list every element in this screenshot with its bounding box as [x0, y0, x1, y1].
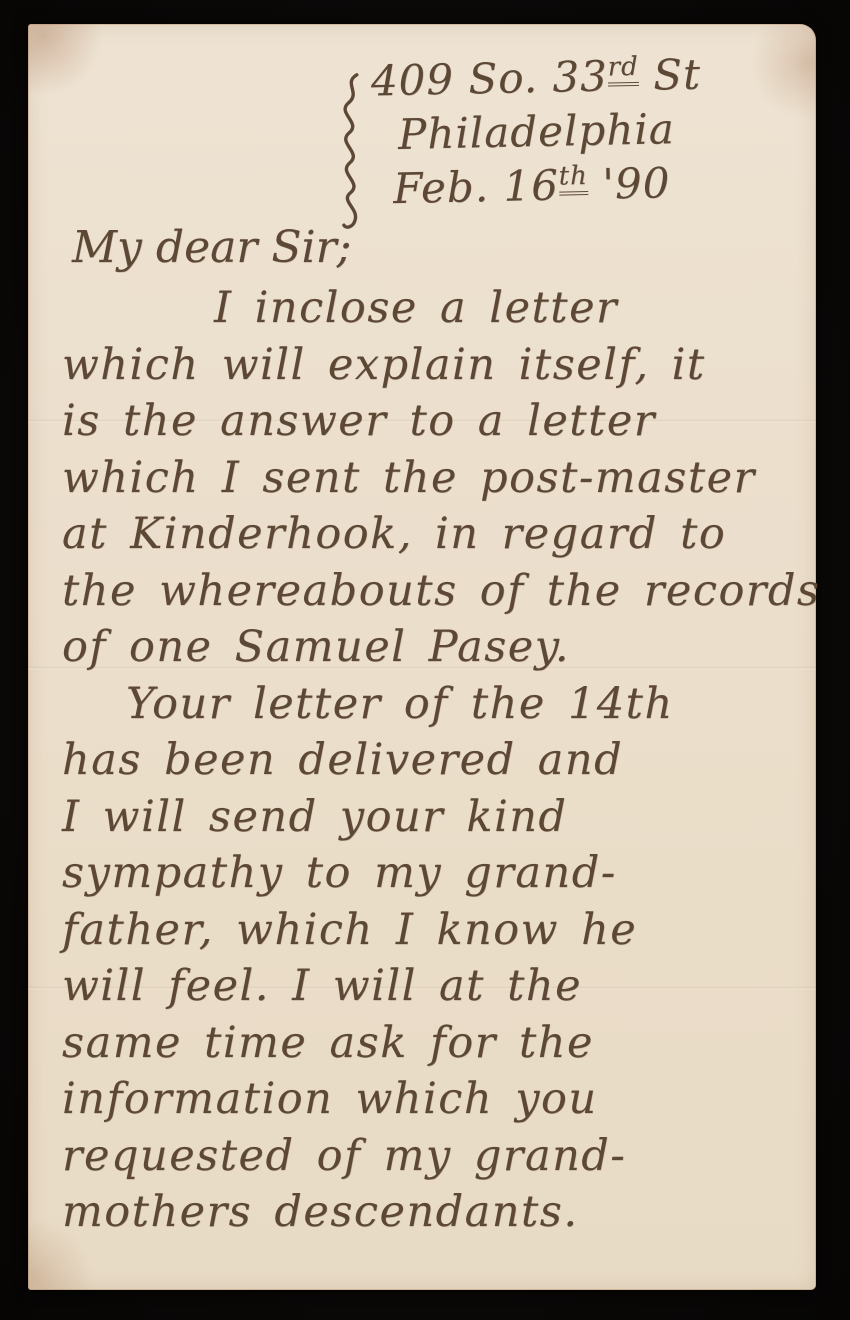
letter-line: at Kinderhook, in regard to: [62, 506, 812, 563]
date-ordinal-suffix: th: [558, 161, 588, 196]
address-line: 409 So. 33rd St: [370, 46, 801, 109]
address-text: 409 So. 33: [370, 52, 608, 106]
letter-line: requested of my grand-: [62, 1128, 812, 1185]
letter-line: I inclose a letter: [62, 280, 812, 337]
letter-line: is the answer to a letter: [62, 393, 812, 450]
letter-line: I will send your kind: [62, 789, 812, 846]
letter-body: I inclose a letter which will explain it…: [62, 280, 812, 1241]
letter-line: of one Samuel Pasey.: [62, 619, 812, 676]
letter-line: has been delivered and: [62, 732, 812, 789]
letter-line: Your letter of the 14th: [62, 676, 812, 733]
address-street-abbrev: St: [638, 50, 701, 100]
letter-line: information which you: [62, 1071, 812, 1128]
letter-line: will feel. I will at the: [62, 958, 812, 1015]
letter-line: sympathy to my grand-: [62, 845, 812, 902]
letter-line: the whereabouts of the records: [62, 563, 812, 620]
letter-line: father, which I know he: [62, 902, 812, 959]
brace-mark-icon: [335, 71, 368, 236]
date-line: Feb. 16th '90: [373, 153, 804, 216]
address-ordinal-suffix: rd: [607, 52, 639, 87]
letter-line: mothers descendants.: [62, 1184, 812, 1241]
date-text: Feb. 16: [393, 161, 560, 213]
letter-header: 409 So. 33rd St Philadelphia Feb. 16th '…: [370, 46, 803, 217]
letter-line: same time ask for the: [62, 1015, 812, 1072]
letter-line: which I sent the post-master: [62, 450, 812, 507]
photo-background: { "colors": { "background": "#0b0908", "…: [0, 0, 850, 1320]
date-year: '90: [588, 158, 671, 209]
city-line: Philadelphia: [371, 100, 802, 163]
letter-line: which will explain itself, it: [62, 337, 812, 394]
salutation: My dear Sir;: [72, 222, 351, 273]
letter-paper: 409 So. 33rd St Philadelphia Feb. 16th '…: [28, 24, 816, 1290]
